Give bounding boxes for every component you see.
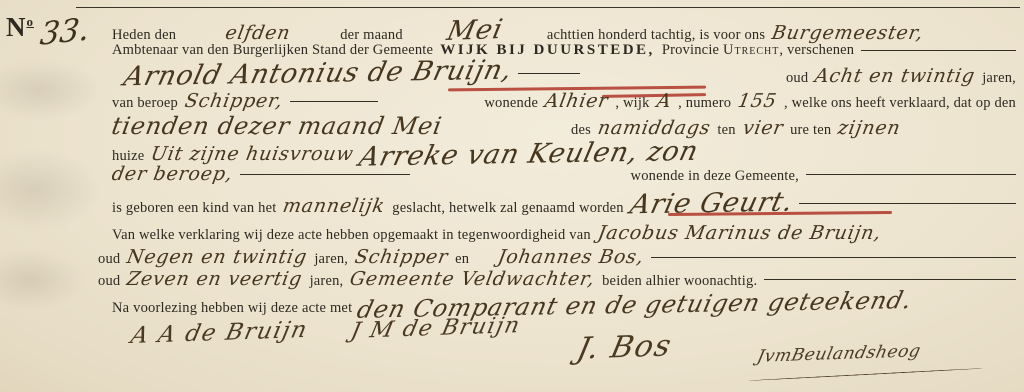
declarant-name-handwritten: Arnold Antonius de Bruijn, bbox=[121, 55, 516, 93]
line-7: der beroep, wonende in deze Gemeente, bbox=[112, 163, 1016, 185]
printed-text: Van welke verklaring wij deze acte hebbe… bbox=[112, 227, 591, 244]
witness1-profession-handwritten: Schipper bbox=[353, 246, 450, 268]
printed-text: jaren, bbox=[310, 273, 344, 290]
printed-text: jaren, bbox=[982, 70, 1016, 87]
handwritten-text: Uit zijne huisvrouw bbox=[149, 143, 355, 165]
signature-mayor: JvmBeulandsheog bbox=[755, 341, 922, 367]
number-prefix: N bbox=[6, 12, 27, 42]
printed-text: en bbox=[455, 251, 469, 268]
signature-declarant: A A de Bruijn bbox=[129, 317, 311, 349]
handwritten-official-title: Burgemeester, bbox=[770, 22, 1018, 44]
signature-mayor-flourish bbox=[748, 368, 983, 381]
signature-witness2: J. Bos bbox=[574, 328, 676, 366]
residence-handwritten: Alhier bbox=[543, 90, 610, 112]
witness2-profession-handwritten: Gemeente Veldwachter, bbox=[348, 268, 597, 290]
printed-text: beiden alhier woonachtig. bbox=[602, 273, 757, 290]
number-label: No bbox=[6, 12, 34, 43]
gender-handwritten: mannelijk bbox=[282, 195, 388, 217]
printed-text: van beroep bbox=[112, 95, 178, 112]
number-superscript: o bbox=[27, 14, 35, 29]
printed-text: is geboren een kind van het bbox=[112, 200, 276, 217]
filler-dash bbox=[861, 50, 1016, 51]
filler-dash bbox=[290, 101, 378, 102]
printed-text: , wijk bbox=[615, 95, 649, 112]
printed-text: wonende in deze Gemeente, bbox=[631, 168, 799, 185]
witness1-age-handwritten: Negen en twintig bbox=[125, 246, 309, 268]
top-rule bbox=[76, 7, 1020, 8]
filler-dash bbox=[799, 203, 1016, 204]
filler-dash bbox=[518, 73, 580, 74]
child-name-handwritten: Arie Geurt. bbox=[627, 187, 797, 221]
profession-handwritten: Schipper, bbox=[183, 90, 285, 112]
line-4: van beroep Schipper, wonende Alhier , wi… bbox=[112, 90, 1016, 112]
bleed-through-smudge bbox=[0, 150, 100, 230]
printed-text: Na voorlezing hebben wij deze acte met bbox=[112, 300, 352, 317]
line-12: Na voorlezing hebben wij deze acte met d… bbox=[112, 290, 1016, 318]
bleed-through-smudge bbox=[0, 250, 85, 310]
line-8: is geboren een kind van het mannelijk ge… bbox=[112, 188, 1016, 219]
witness2-name-handwritten: Johannes Bos, bbox=[496, 246, 646, 268]
act-number-block: No 33. bbox=[6, 12, 89, 50]
witness2-age-handwritten: Zeven en veertig bbox=[125, 268, 304, 290]
declarant-age-handwritten: Acht en twintig bbox=[813, 65, 977, 87]
district-handwritten: A bbox=[655, 90, 673, 112]
printed-text: Provincie Utrecht, verschenen bbox=[662, 42, 854, 59]
printed-text: , verschenen bbox=[779, 42, 854, 58]
birth-certificate-document: No 33. Heden den elfden der maand Mei ac… bbox=[0, 0, 1024, 392]
bleed-through-smudge bbox=[0, 60, 100, 120]
witness1-name-handwritten: Jacobus Marinus de Bruijn, bbox=[596, 222, 1018, 244]
handwritten-day: elfden bbox=[181, 22, 335, 44]
line-2: Ambtenaar van den Burgerlijken Stand der… bbox=[112, 42, 1016, 59]
act-number-handwritten: 33. bbox=[38, 11, 91, 53]
line-9: Van welke verklaring wij deze acte hebbe… bbox=[112, 222, 1016, 244]
printed-text: geslacht, hetwelk zal genaamd worden bbox=[392, 200, 623, 217]
house-number-handwritten: 155 bbox=[736, 90, 779, 112]
printed-text: oud bbox=[98, 251, 120, 268]
filler-dash bbox=[651, 257, 1016, 258]
printed-text: , welke ons heeft verklaard, dat op den bbox=[784, 95, 1016, 112]
filler-dash bbox=[764, 279, 1016, 280]
printed-text: jaren, bbox=[314, 251, 348, 268]
filler-dash bbox=[240, 174, 410, 175]
signature-witness1: J M de Bruijn bbox=[349, 313, 524, 344]
printed-text: Provincie bbox=[662, 42, 719, 58]
printed-text: wonende bbox=[484, 95, 538, 112]
printed-text: , numero bbox=[678, 95, 731, 112]
printed-text: oud bbox=[786, 70, 808, 87]
line-10: oud Negen en twintig jaren, Schipper en … bbox=[98, 246, 1016, 268]
line-3: Arnold Antonius de Bruijn, oud Acht en t… bbox=[125, 58, 1016, 89]
province-name: Utrecht bbox=[723, 42, 779, 58]
filler-dash bbox=[806, 174, 1016, 175]
mother-profession-handwritten: der beroep, bbox=[110, 163, 235, 185]
printed-text: oud bbox=[98, 273, 120, 290]
